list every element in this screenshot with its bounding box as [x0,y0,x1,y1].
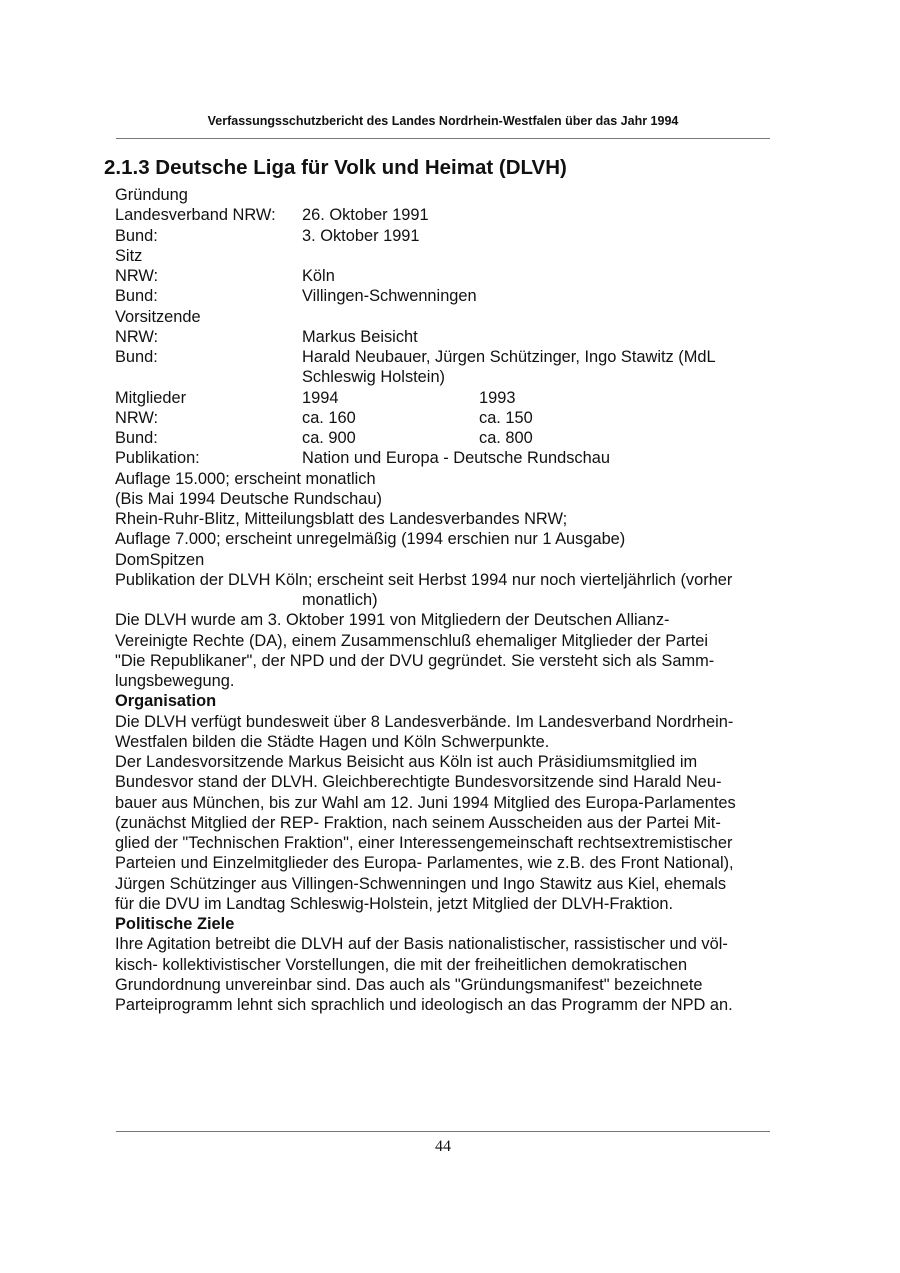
header-rule [116,138,770,139]
fact-group-publikation: Publikation: Nation und Europa - Deutsch… [115,448,795,610]
fact-row: Bund: Villingen-Schwenningen [115,286,795,306]
fact-group-sitz: Sitz NRW: Köln Bund: Villingen-Schwennin… [115,246,795,307]
members-row: NRW: ca. 160 ca. 150 [115,408,795,428]
fact-group-mitglieder: Mitglieder 1994 1993 NRW: ca. 160 ca. 15… [115,388,795,449]
fact-value: 26. Oktober 1991 [302,205,795,225]
fact-value: Villingen-Schwenningen [302,286,795,306]
publication-line: monatlich) [115,590,795,610]
members-value: ca. 160 [302,408,479,428]
political-goals-section: Politische Ziele Ihre Agitation betreibt… [115,914,795,1015]
fact-row: Bund: Harald Neubauer, Jürgen Schützinge… [115,347,795,388]
intro-paragraph: Die DLVH wurde am 3. Oktober 1991 von Mi… [115,610,795,691]
text-line: Jürgen Schützinger aus Villingen-Schwenn… [115,874,795,894]
section-title: 2.1.3 Deutsche Liga für Volk und Heimat … [104,156,567,180]
text-line: "Die Republikaner", der NPD und der DVU … [115,651,795,671]
fact-label: Bund: [115,226,302,246]
fact-label: Bund: [115,286,302,306]
members-value: ca. 150 [479,408,795,428]
fact-group-vorsitzende: Vorsitzende NRW: Markus Beisicht Bund: H… [115,307,795,388]
fact-row: Bund: 3. Oktober 1991 [115,226,795,246]
text-line: (zunächst Mitglied der REP- Fraktion, na… [115,813,795,833]
fact-label: NRW: [115,408,302,428]
running-header: Verfassungsschutzbericht des Landes Nord… [116,114,770,128]
page-number: 44 [116,1138,770,1156]
subsection-heading: Politische Ziele [115,914,795,934]
fact-value: Köln [302,266,795,286]
fact-group-label: Sitz [115,246,795,266]
text-line: Parteien und Einzelmitglieder des Europa… [115,853,795,873]
fact-group-label: Mitglieder [115,388,302,408]
fact-row: Publikation: Nation und Europa - Deutsch… [115,448,795,468]
members-value: ca. 800 [479,428,795,448]
text-line: Bundesvor stand der DLVH. Gleichberechti… [115,772,795,792]
text-line: Vereinigte Rechte (DA), einem Zusammensc… [115,631,795,651]
publication-line: Rhein-Ruhr-Blitz, Mitteilungsblatt des L… [115,509,795,529]
organisation-section: Organisation Die DLVH verfügt bundesweit… [115,691,795,914]
fact-label: Landesverband NRW: [115,205,302,225]
publication-line: (Bis Mai 1994 Deutsche Rundschau) [115,489,795,509]
publication-line: Auflage 7.000; erscheint unregelmäßig (1… [115,529,795,549]
fact-value: Markus Beisicht [302,327,795,347]
members-value: ca. 900 [302,428,479,448]
fact-value: 3. Oktober 1991 [302,226,795,246]
fact-value: Harald Neubauer, Jürgen Schützinger, Ing… [302,347,795,388]
fact-label: NRW: [115,327,302,347]
text-line: kisch- kollektivistischer Vorstellungen,… [115,955,795,975]
publication-line: Publikation der DLVH Köln; erscheint sei… [115,570,795,590]
fact-group-label: Gründung [115,185,795,205]
publication-line: Auflage 15.000; erscheint monatlich [115,469,795,489]
fact-label: Bund: [115,428,302,448]
text-line: bauer aus München, bis zur Wahl am 12. J… [115,793,795,813]
text-line: glied der "Technischen Fraktion", einer … [115,833,795,853]
page-content: Gründung Landesverband NRW: 26. Oktober … [115,185,795,1015]
fact-value: Nation und Europa - Deutsche Rundschau [302,448,795,468]
publication-line: DomSpitzen [115,550,795,570]
text-line: Grundordnung unvereinbar sind. Das auch … [115,975,795,995]
fact-label: Bund: [115,347,302,388]
year-column-header: 1994 [302,388,479,408]
fact-row: Landesverband NRW: 26. Oktober 1991 [115,205,795,225]
text-line: Westfalen bilden die Städte Hagen und Kö… [115,732,795,752]
members-header-row: Mitglieder 1994 1993 [115,388,795,408]
fact-label: Publikation: [115,448,302,468]
text-line: Die DLVH verfügt bundesweit über 8 Lande… [115,712,795,732]
text-line: Parteiprogramm lehnt sich sprachlich und… [115,995,795,1015]
members-row: Bund: ca. 900 ca. 800 [115,428,795,448]
fact-label: NRW: [115,266,302,286]
text-line: Ihre Agitation betreibt die DLVH auf der… [115,934,795,954]
fact-group-gruendung: Gründung Landesverband NRW: 26. Oktober … [115,185,795,246]
subsection-heading: Organisation [115,691,795,711]
text-line: Der Landesvorsitzende Markus Beisicht au… [115,752,795,772]
text-line: für die DVU im Landtag Schleswig-Holstei… [115,894,795,914]
fact-group-label: Vorsitzende [115,307,795,327]
fact-row: NRW: Köln [115,266,795,286]
fact-row: NRW: Markus Beisicht [115,327,795,347]
text-line: Die DLVH wurde am 3. Oktober 1991 von Mi… [115,610,795,630]
text-line: lungsbewegung. [115,671,795,691]
footer-rule [116,1131,770,1132]
year-column-header: 1993 [479,388,795,408]
